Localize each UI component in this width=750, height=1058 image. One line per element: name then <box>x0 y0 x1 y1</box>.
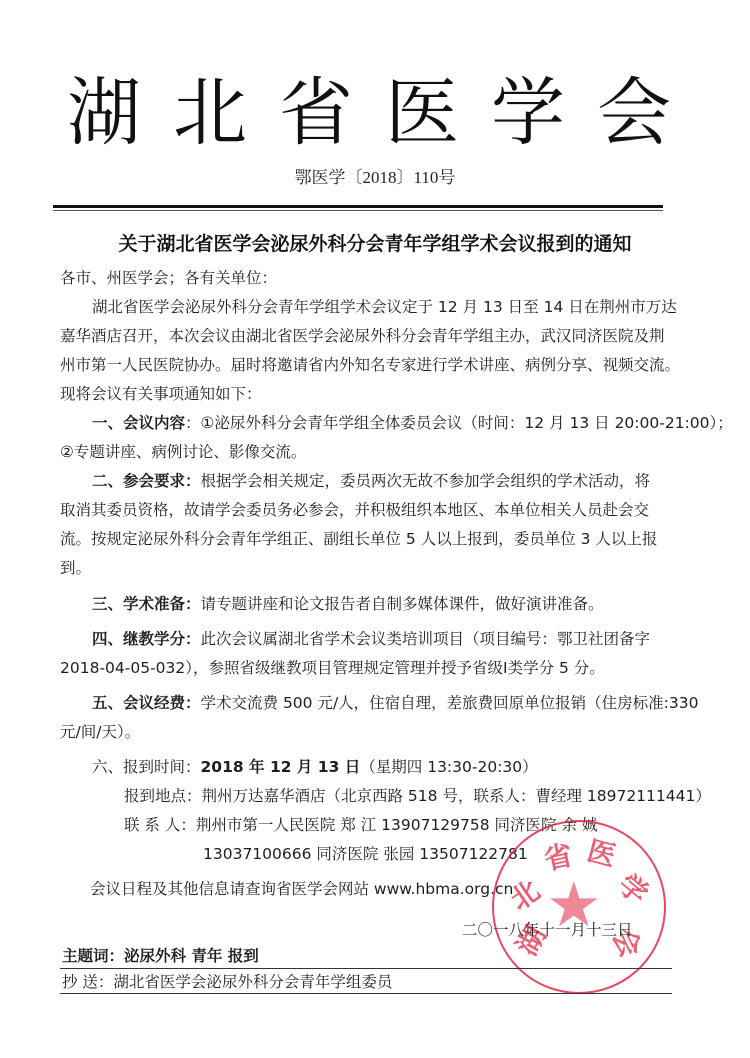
intro-line-2: 嘉华酒店召开，本次会议由湖北省医学会泌尿外科分会青年学组主办，武汉同济医院及荆 <box>60 326 665 346</box>
section-5-text: 学术交流费 500 元/人，住宿自理，差旅费回原单位报销（住房标准:330 <box>201 694 699 712</box>
header-rule-thick <box>53 205 663 208</box>
section-6-time-rest: （星期四 13:30-20:30） <box>360 758 537 776</box>
seal-char-5: 学 <box>610 864 657 913</box>
website-note: 会议日程及其他信息请查询省医学会网站 www.hbma.org.cn <box>90 879 513 899</box>
footer-rule-1 <box>60 968 672 969</box>
section-2-line-3: 流。按规定泌尿外科分会青年学组正、副组长单位 5 人以上报到，委员单位 3 人以… <box>60 529 657 549</box>
section-5-heading: 五、会议经费： <box>92 694 201 712</box>
section-5: 五、会议经费：学术交流费 500 元/人，住宿自理，差旅费回原单位报销（住房标准… <box>92 693 699 713</box>
section-6-location: 报到地点：荆州万达嘉华酒店（北京西路 518 号，联系人：曹经理 1897211… <box>124 786 711 806</box>
intro-line-3: 州市第一人民医院协办。届时将邀请省内外知名专家进行学术讲座、病例分享、视频交流。 <box>60 355 680 375</box>
footer-cc: 抄 送：湖北省医学会泌尿外科分会青年学组委员 <box>62 972 392 992</box>
section-6-time-label: 六、报到时间： <box>92 758 201 776</box>
seal-char-2: 北 <box>501 870 547 919</box>
section-4: 四、继教学分：此次会议属湖北省学术会议类培训项目（项目编号：鄂卫社团备字 <box>92 629 650 649</box>
section-2: 二、参会要求：根据学会相关规定，委员两次无故不参加学会组织的学术活动，将 <box>92 471 650 491</box>
intro-line-1: 湖北省医学会泌尿外科分会青年学组学术会议定于 12 月 13 日至 14 日在荆… <box>92 297 677 317</box>
section-3-text: 请专题讲座和论文报告者自制多媒体课件，做好演讲准备。 <box>201 595 604 613</box>
section-2-line-4: 到。 <box>60 558 91 578</box>
section-6-contacts-1: 联 系 人：荆州市第一人民医院 郑 江 13907129758 同济医院 余 娍 <box>124 815 597 835</box>
section-3-heading: 三、学术准备： <box>92 595 201 613</box>
section-3: 三、学术准备：请专题讲座和论文报告者自制多媒体课件，做好演讲准备。 <box>92 594 604 614</box>
section-1-line-2: ②专题讲座、病例讨论、影像交流。 <box>60 442 306 462</box>
footer-rule-2 <box>60 993 672 994</box>
section-6-time: 六、报到时间：2018 年 12 月 13 日（星期四 13:30-20:30） <box>92 757 538 777</box>
section-1-heading: 一、会议内容 <box>92 414 185 432</box>
salutation: 各市、州医学会；各有关单位： <box>60 268 277 288</box>
section-1-text: ：①泌尿外科分会青年学组全体委员会议（时间：12 月 13 日 20:00-21… <box>185 414 733 432</box>
document-number: 鄂医学〔2018〕110号 <box>0 163 750 188</box>
section-4-line-2: 2018-04-05-032），参照省级继教项目管理规定管理并授予省级Ⅰ类学分 … <box>60 658 605 678</box>
notice-title: 关于湖北省医学会泌尿外科分会青年学组学术会议报到的通知 <box>0 229 750 256</box>
footer-keywords: 主题词：泌尿外科 青年 报到 <box>62 946 259 966</box>
section-1: 一、会议内容：①泌尿外科分会青年学组全体委员会议（时间：12 月 13 日 20… <box>92 413 733 433</box>
section-2-text: 根据学会相关规定，委员两次无故不参加学会组织的学术活动，将 <box>201 472 651 490</box>
section-6-contacts-2: 13037100666 同济医院 张园 13507122781 <box>203 844 528 864</box>
section-6-time-date: 2018 年 12 月 13 日 <box>201 758 361 776</box>
intro-line-4: 现将会议有关事项通知如下： <box>60 384 262 404</box>
section-2-heading: 二、参会要求： <box>92 472 201 490</box>
section-4-heading: 四、继教学分： <box>92 630 201 648</box>
masthead-title: 湖北省医学会 <box>0 68 750 158</box>
section-2-line-2: 取消其委员资格，故请学会委员务必参会，并积极组织本地区、本单位相关人员赴会交 <box>60 500 649 520</box>
header-rule-thin <box>53 210 663 211</box>
section-4-text: 此次会议属湖北省学术会议类培训项目（项目编号：鄂卫社团备字 <box>201 630 651 648</box>
section-5-line-2: 元/间/天）。 <box>60 722 140 742</box>
issue-date: 二〇一八年十一月十三日 <box>462 920 633 940</box>
